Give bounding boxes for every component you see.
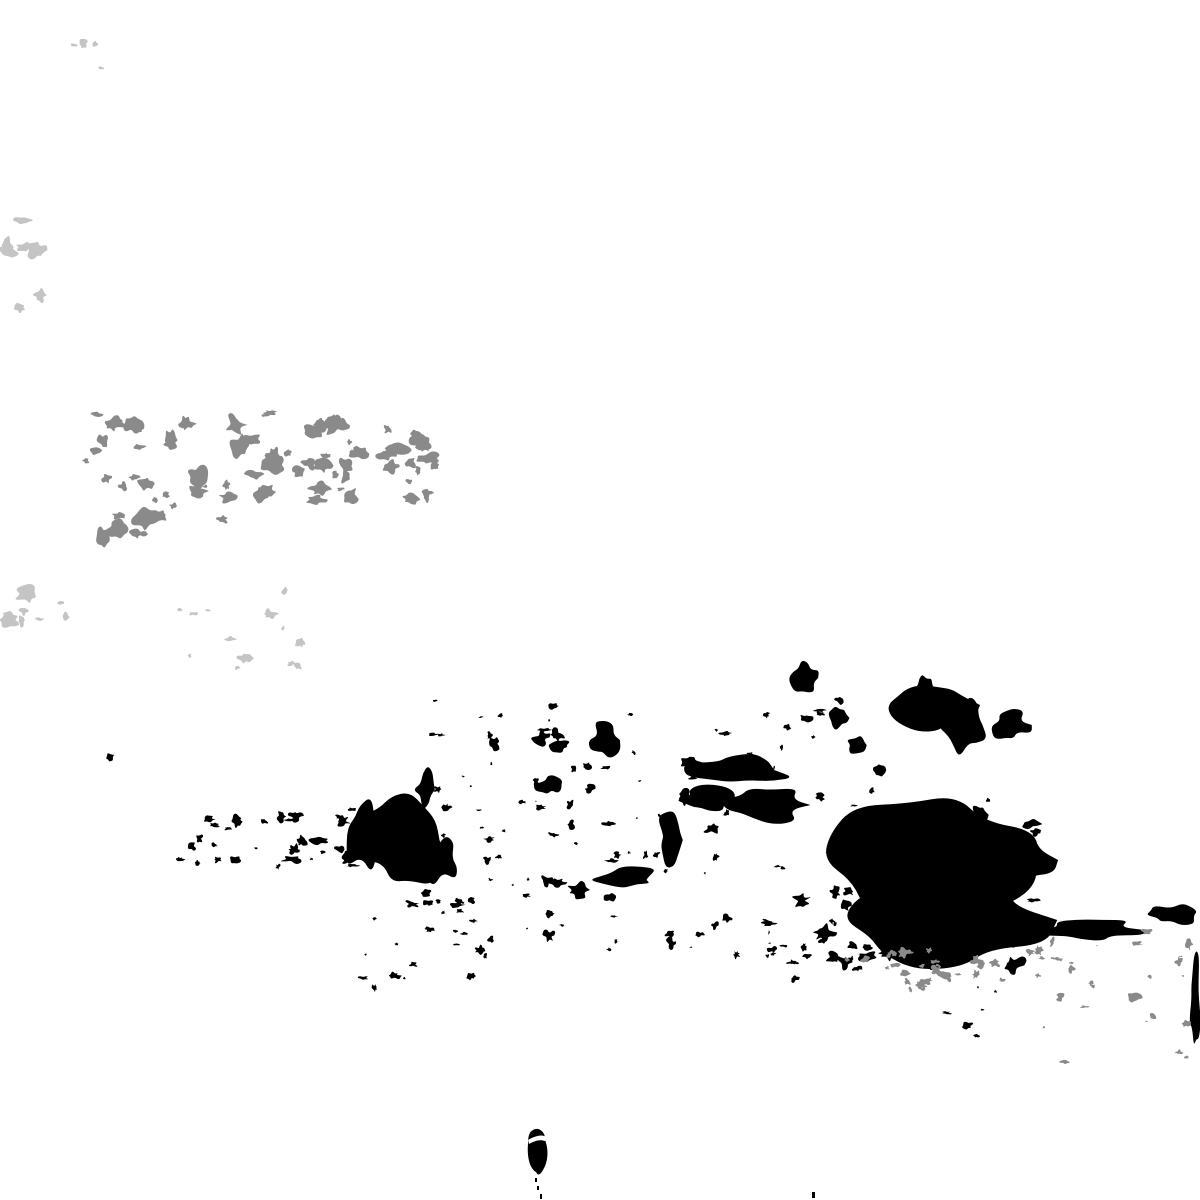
snow-background (0, 0, 1200, 1200)
thresholded-landscape-photo (0, 0, 1200, 1200)
